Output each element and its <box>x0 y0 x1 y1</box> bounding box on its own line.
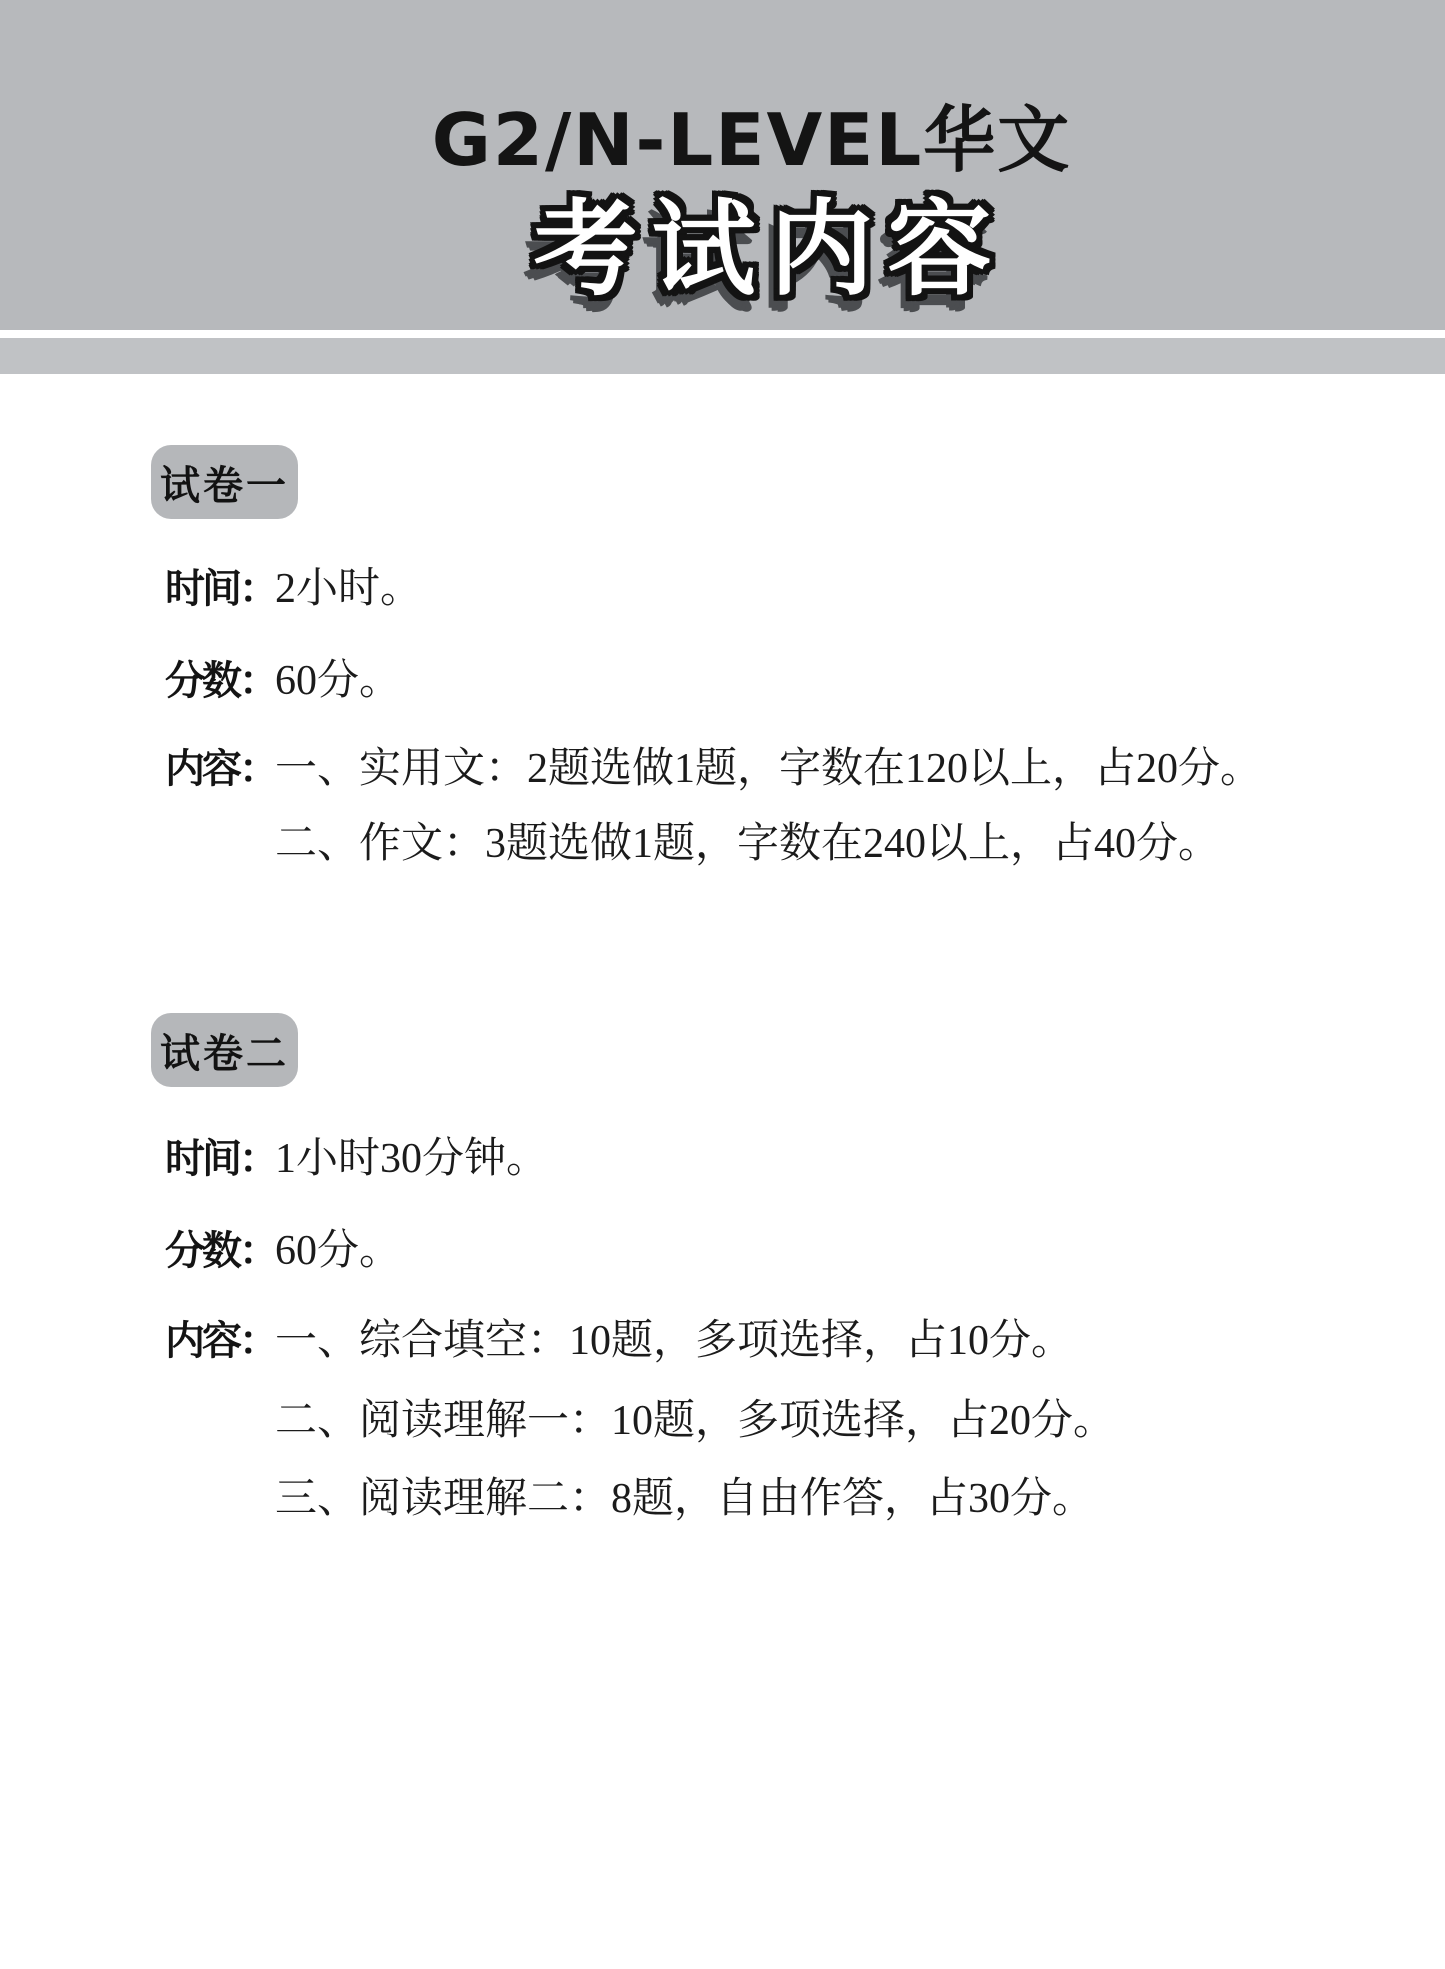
series-title: G2/N-LEVEL华文 <box>0 98 1445 182</box>
time-label: 时间： <box>165 563 275 615</box>
content-item: 三、阅读理解二：8题，自由作答，占30分。 <box>275 1476 1094 1522</box>
marks-label: 分数： <box>165 655 275 707</box>
paper-2-content-item-row: 二、阅读理解一：10题，多项选择，占20分。 <box>275 1395 1115 1447</box>
content-item: 二、作文：3题选做1题，字数在240以上，占40分。 <box>275 821 1220 867</box>
content-item: 二、阅读理解一：10题，多项选择，占20分。 <box>275 1398 1115 1444</box>
time-value: 1小时30分钟。 <box>275 1136 548 1182</box>
paper-2-time-row: 时间：1小时30分钟。 <box>165 1133 548 1185</box>
content-item: 一、实用文：2题选做1题，字数在120以上，占20分。 <box>275 746 1262 792</box>
content-label: 内容： <box>165 743 275 795</box>
paper-2-marks-row: 分数：60分。 <box>165 1225 401 1277</box>
paper-2-content-row: 内容：一、综合填空：10题，多项选择，占10分。 <box>165 1315 1073 1367</box>
marks-label: 分数： <box>165 1225 275 1277</box>
content-item: 一、综合填空：10题，多项选择，占10分。 <box>275 1318 1073 1364</box>
time-label: 时间： <box>165 1133 275 1185</box>
marks-value: 60分。 <box>275 658 401 704</box>
paper-1-time-row: 时间：2小时。 <box>165 563 422 615</box>
header-divider-strip <box>0 338 1445 374</box>
content-label: 内容： <box>165 1315 275 1367</box>
paper-1-marks-row: 分数：60分。 <box>165 655 401 707</box>
header-banner: G2/N-LEVEL华文 考试内容 <box>0 0 1445 330</box>
paper-1-content-item-row: 二、作文：3题选做1题，字数在240以上，占40分。 <box>275 818 1220 870</box>
paper-2-content-item-row: 三、阅读理解二：8题，自由作答，占30分。 <box>275 1473 1094 1525</box>
marks-value: 60分。 <box>275 1228 401 1274</box>
document-page: G2/N-LEVEL华文 考试内容 试卷一 时间：2小时。 分数：60分。 内容… <box>0 0 1445 1969</box>
time-value: 2小时。 <box>275 566 422 612</box>
paper-2-badge: 试卷二 <box>151 1013 298 1087</box>
paper-1-badge: 试卷一 <box>151 445 298 519</box>
paper-1-content-row: 内容：一、实用文：2题选做1题，字数在120以上，占20分。 <box>165 743 1262 795</box>
page-title: 考试内容 <box>0 186 1445 312</box>
